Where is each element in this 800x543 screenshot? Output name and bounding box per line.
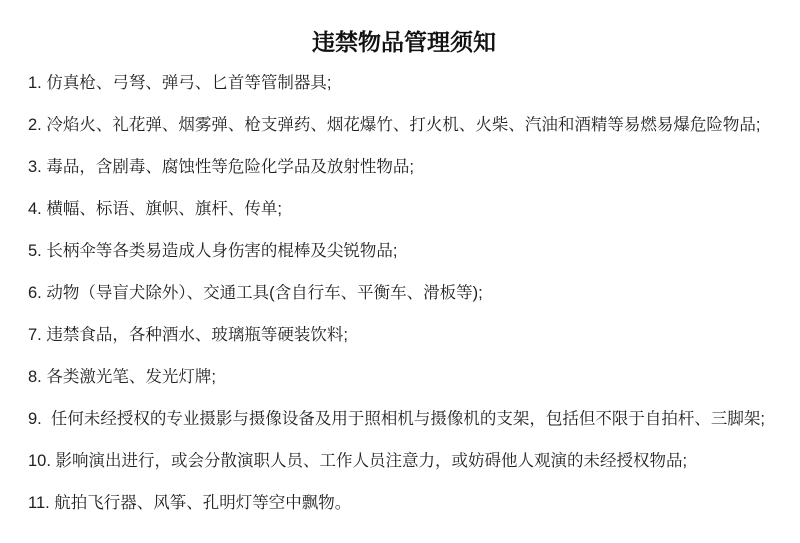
notice-item-5: 5. 长柄伞等各类易造成人身伤害的棍棒及尖锐物品; — [28, 241, 780, 261]
notice-list: 1. 仿真枪、弓弩、弹弓、匕首等管制器具; 2. 冷焰火、礼花弹、烟雾弹、枪支弹… — [28, 73, 780, 513]
notice-item-1: 1. 仿真枪、弓弩、弹弓、匕首等管制器具; — [28, 73, 780, 93]
notice-item-4: 4. 横幅、标语、旗帜、旗杆、传单; — [28, 199, 780, 219]
prohibited-items-notice-document: 违禁物品管理须知 1. 仿真枪、弓弩、弹弓、匕首等管制器具; 2. 冷焰火、礼花… — [0, 0, 800, 543]
notice-item-10: 10. 影响演出进行，或会分散演职人员、工作人员注意力，或妨碍他人观演的未经授权… — [28, 451, 780, 471]
notice-item-8: 8. 各类激光笔、发光灯牌; — [28, 367, 780, 387]
notice-item-11: 11. 航拍飞行器、风筝、孔明灯等空中飘物。 — [28, 493, 780, 513]
notice-item-2: 2. 冷焰火、礼花弹、烟雾弹、枪支弹药、烟花爆竹、打火机、火柴、汽油和酒精等易燃… — [28, 115, 780, 135]
notice-item-6: 6. 动物（导盲犬除外）、交通工具(含自行车、平衡车、滑板等); — [28, 283, 780, 303]
notice-item-9: 9. 任何未经授权的专业摄影与摄像设备及用于照相机与摄像机的支架，包括但不限于自… — [28, 409, 780, 429]
page-title: 违禁物品管理须知 — [28, 28, 780, 56]
notice-item-3: 3. 毒品，含剧毒、腐蚀性等危险化学品及放射性物品; — [28, 157, 780, 177]
notice-item-7: 7. 违禁食品，各种酒水、玻璃瓶等硬装饮料; — [28, 325, 780, 345]
